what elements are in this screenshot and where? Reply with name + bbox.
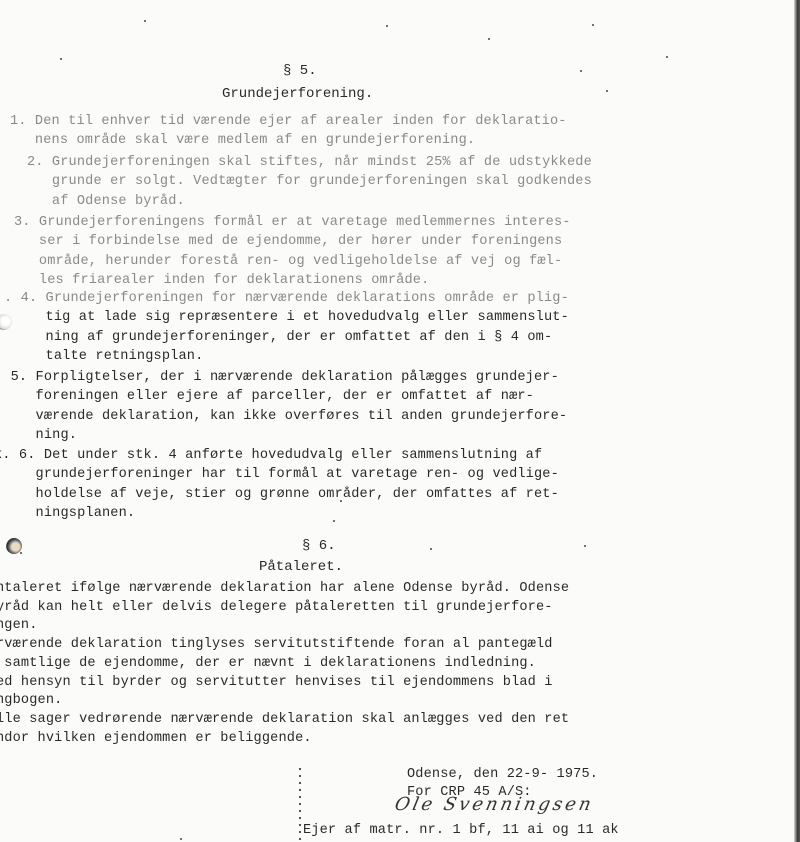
- speck: [580, 70, 582, 72]
- section-5-item-5-line: ning.: [0, 427, 77, 445]
- scanned-document-page: § 5. Grundejerforening. 1. Den til enhve…: [0, 0, 800, 842]
- speck: [430, 548, 432, 550]
- speck: [606, 90, 608, 92]
- section-5-item-3-line: ser i forbindelse med de ejendomme, der …: [14, 233, 562, 251]
- section-5-item-2-line: af Odense byråd.: [27, 193, 185, 211]
- speck: [666, 56, 668, 58]
- section-5-item-5-line: foreningen eller ejere af parceller, der…: [0, 388, 534, 406]
- page-edge-shadow: [794, 0, 800, 842]
- section-5-item-1-line: nens område skal være medlem af en grund…: [10, 132, 475, 150]
- section-6-heading: Påtaleret.: [259, 559, 343, 575]
- place-date: Odense, den 22-9- 1975.: [407, 766, 598, 784]
- section-6-line: rværende deklaration tinglyses servituts…: [0, 636, 553, 654]
- section-5-item-1-line: 1. Den til enhver tid værende ejer af ar…: [10, 113, 567, 131]
- margin-dotted-line: [299, 768, 301, 842]
- section-6-line: ngbogen.: [0, 692, 62, 710]
- speck: [180, 838, 182, 840]
- handwritten-signature: Ole Svenningsen: [393, 794, 596, 815]
- section-5-number: § 5.: [283, 63, 317, 79]
- speck: [488, 38, 490, 40]
- owner-line: Ejer af matr. nr. 1 bf, 11 ai og 11 ak: [303, 822, 619, 840]
- section-6-line: samtlige de ejendomme, der er nævnt i de…: [0, 655, 536, 673]
- section-5-item-2-line: grunde er solgt. Vedtægter for grundejer…: [27, 173, 592, 191]
- section-6-line: lle sager vedrørende nærværende deklarat…: [0, 711, 569, 729]
- section-6-line: yråd kan helt eller delvis delegere påta…: [0, 599, 553, 617]
- section-5-item-4-line: . 4. Grundejerforeningen for nærværende …: [4, 290, 569, 308]
- section-5-item-6-line: k. 6. Det under stk. 4 anførte hovedudva…: [0, 447, 542, 465]
- section-5-item-3-line: område, herunder forestå ren- og vedlige…: [14, 253, 562, 271]
- section-5-item-2-line: 2. Grundejerforeningen skal stiftes, når…: [27, 154, 592, 172]
- section-5-item-5-line: værende deklaration, kan ikke overføres …: [0, 408, 567, 426]
- section-5-item-4-line: tig at lade sig repræsentere i et hovedu…: [4, 309, 569, 327]
- section-5-item-6-line: ningsplanen.: [0, 505, 135, 523]
- speck: [584, 545, 586, 547]
- speck: [340, 500, 342, 502]
- section-6-line: ntaleret ifølge nærværende deklaration h…: [0, 580, 569, 598]
- section-5-item-3-line: les friarealer inden for deklarationens …: [14, 272, 429, 290]
- speck: [20, 552, 22, 554]
- section-5-item-6-line: grundejerforeninger har til formål at va…: [0, 466, 559, 484]
- section-6-number: § 6.: [302, 538, 336, 554]
- speck: [60, 58, 62, 60]
- speck: [333, 520, 335, 522]
- section-5-item-3-line: 3. Grundejerforeningens formål er at var…: [14, 214, 571, 232]
- speck: [144, 20, 146, 22]
- section-6-line: ngen.: [0, 617, 38, 635]
- speck: [386, 25, 388, 27]
- section-5-item-4-line: ning af grundejerforeninger, der er omfa…: [4, 329, 552, 347]
- section-5-item-4-line: talte retningsplan.: [4, 348, 203, 366]
- section-6-line: ndor hvilken ejendommen er beliggende.: [0, 730, 312, 748]
- section-5-heading: Grundejerforening.: [222, 86, 373, 102]
- section-5-item-5-line: . 5. Forpligtelser, der i nærværende dek…: [0, 369, 559, 387]
- speck: [592, 24, 594, 26]
- section-6-line: ed hensyn til byrder og servitutter henv…: [0, 674, 553, 692]
- section-5-item-6-line: holdelse af veje, stier og grønne område…: [0, 486, 559, 504]
